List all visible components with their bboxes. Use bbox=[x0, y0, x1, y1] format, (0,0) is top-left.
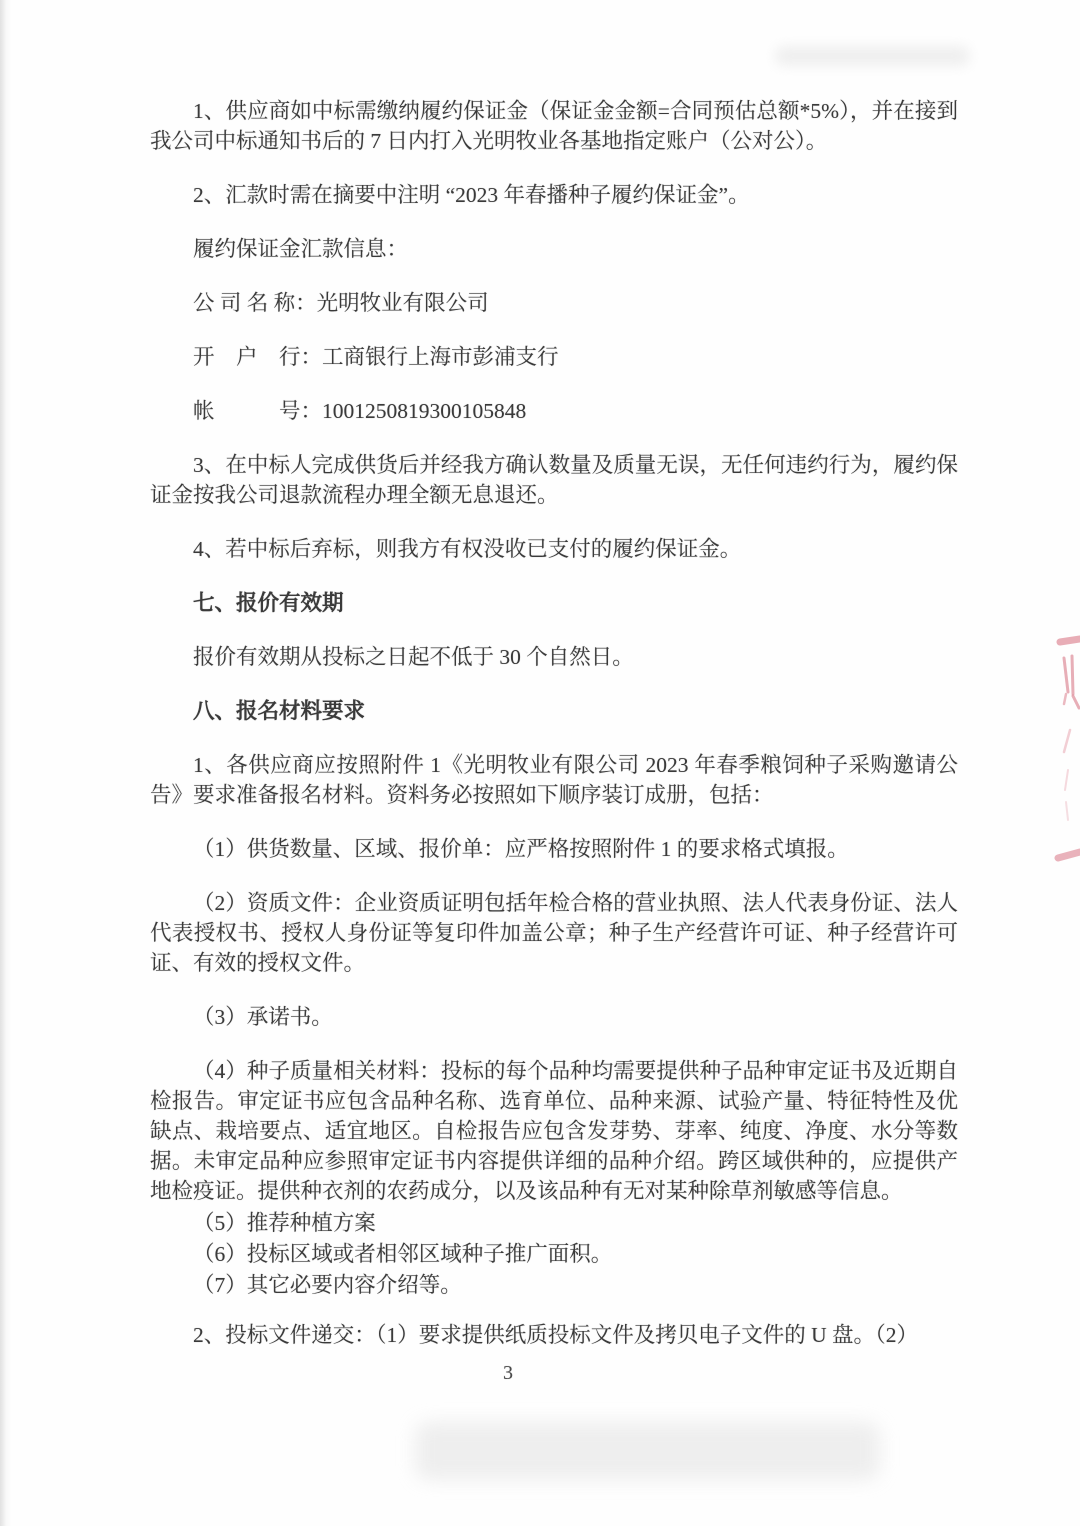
material-item-3: （3）承诺书。 bbox=[150, 1002, 958, 1032]
remittance-info-title: 履约保证金汇款信息： bbox=[150, 234, 958, 264]
stamp-stroke-hook bbox=[1064, 694, 1066, 704]
material-item-5: （5）推荐种植方案 bbox=[150, 1208, 958, 1238]
scan-smudge-bottom bbox=[415, 1422, 880, 1480]
scan-smudge-top bbox=[775, 46, 970, 66]
section-heading-8: 八、报名材料要求 bbox=[150, 696, 958, 726]
red-stamp-mark-icon bbox=[1054, 630, 1080, 870]
material-item-4: （4）种子质量相关材料：投标的每个品种均需要提供种子品种审定证书及近期自检报告。… bbox=[150, 1056, 958, 1206]
bank-company-name-line: 公 司 名 称：光明牧业有限公司 bbox=[150, 288, 958, 318]
paragraph-deposit-1: 1、供应商如中标需缴纳履约保证金（保证金金额=合同预估总额*5%），并在接到我公… bbox=[150, 96, 958, 156]
paragraph-materials-intro: 1、各供应商应按照附件 1《光明牧业有限公司 2023 年春季粮饲种子采购邀请公… bbox=[150, 750, 958, 810]
material-item-6: （6）投标区域或者相邻区域种子推广面积。 bbox=[150, 1239, 958, 1269]
stamp-stroke-vertical-2 bbox=[1072, 656, 1073, 694]
paragraph-deposit-4: 4、若中标后弃标，则我方有权没收已支付的履约保证金。 bbox=[150, 534, 958, 564]
bank-branch-line: 开 户 行：工商银行上海市彭浦支行 bbox=[150, 342, 958, 372]
bank-account-number-line: 帐 号：1001250819300105848 bbox=[150, 396, 958, 426]
stamp-stroke-diagonal-1 bbox=[1073, 696, 1079, 708]
stamp-stroke-faint-2 bbox=[1066, 802, 1068, 820]
paragraph-submission: 2、投标文件递交：（1）要求提供纸质投标文件及拷贝电子文件的 U 盘。（2） bbox=[150, 1320, 958, 1350]
stamp-stroke-vertical-1 bbox=[1064, 658, 1068, 692]
scan-edge-left bbox=[0, 0, 12, 1526]
paragraph-validity: 报价有效期从投标之日起不低于 30 个自然日。 bbox=[150, 642, 958, 672]
paragraph-deposit-2: 2、汇款时需在摘要中注明 “2023 年春播种子履约保证金”。 bbox=[150, 180, 958, 210]
material-item-2: （2）资质文件：企业资质证明包括年检合格的营业执照、法人代表身份证、法人代表授权… bbox=[150, 888, 958, 978]
stamp-stroke-diagonal-2 bbox=[1064, 730, 1070, 752]
paragraph-deposit-3: 3、在中标人完成供货后并经我方确认数量及质量无误，无任何违约行为，履约保证金按我… bbox=[150, 450, 958, 510]
section-heading-7: 七、报价有效期 bbox=[150, 588, 958, 618]
stamp-stroke-bar-bottom bbox=[1058, 852, 1080, 858]
page-number: 3 bbox=[104, 1358, 912, 1388]
document-body: 1、供应商如中标需缴纳履约保证金（保证金金额=合同预估总额*5%），并在接到我公… bbox=[150, 96, 958, 1388]
material-item-1: （1）供货数量、区域、报价单：应严格按照附件 1 的要求格式填报。 bbox=[150, 834, 958, 864]
scanned-document-page: 1、供应商如中标需缴纳履约保证金（保证金金额=合同预估总额*5%），并在接到我公… bbox=[0, 0, 1080, 1526]
stamp-stroke-bar-top bbox=[1060, 639, 1080, 642]
stamp-stroke-faint-1 bbox=[1065, 770, 1068, 790]
material-item-7: （7）其它必要内容介绍等。 bbox=[150, 1270, 958, 1300]
